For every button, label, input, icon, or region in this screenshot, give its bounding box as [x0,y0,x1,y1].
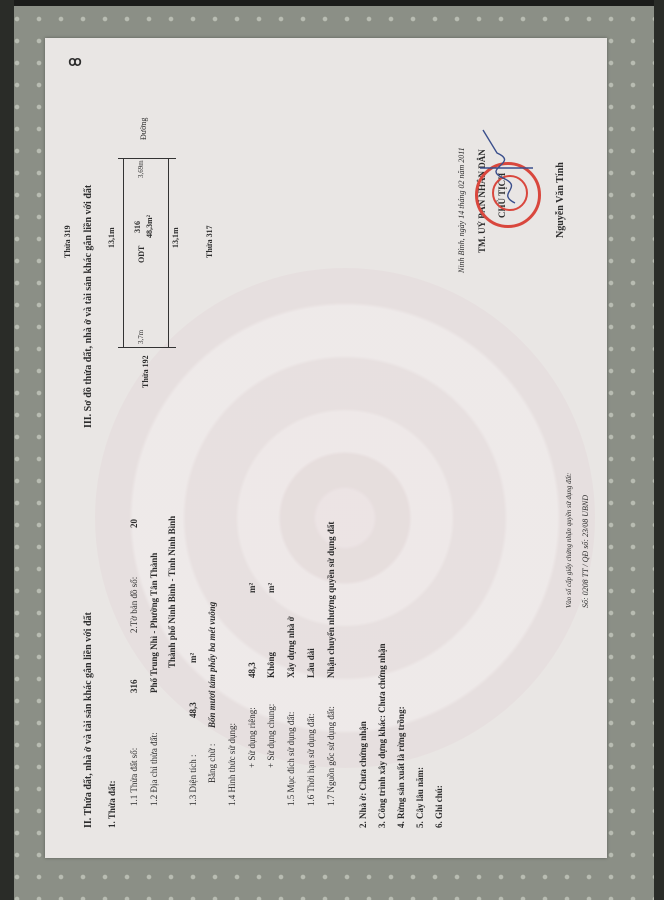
map-parcel-area: 48,3m² [145,215,154,238]
map-width-road: 3,69m [137,160,145,178]
purpose-value: Xây dựng nhà ở [286,616,296,678]
house-section: 2. Nhà ở: Chưa chứng nhận [358,721,368,828]
area-label: 1.3 Diện tích : [188,755,198,807]
address-value-line2: Thành phố Ninh Bình - Tỉnh Ninh Bình [167,516,177,668]
section-3-title: III. Sơ đồ thửa đất, nhà ở và tài sản kh… [83,185,94,428]
map-neighbor-west: Thửa 192 [141,355,150,388]
origin-label: 1.7 Nguồn gốc sử dụng đất: [326,706,336,806]
parcel-number-value: 316 [129,680,139,694]
map-length-bottom: 13,1m [171,227,180,248]
notes-section: 6. Ghi chú: [434,785,444,828]
area-unit: m² [188,653,198,663]
shared-use-label: + Sử dụng chung: [266,704,276,768]
term-label: 1.6 Thời hạn sử dụng đất: [306,714,316,806]
top-border [0,0,664,6]
left-edge [0,0,14,900]
signing-date: Ninh Bình, ngày 14 tháng 02 năm 2011 [457,147,466,273]
address-label: 1.2 Địa chỉ thửa đất: [149,732,159,806]
private-use-unit: m² [247,583,257,593]
perennial-section: 5. Cây lâu năm: [415,767,425,828]
map-parcel-code: ODT [137,246,146,263]
parcel-number-label: 1.1 Thửa đất số: [129,748,139,806]
private-use-label: + Sử dụng riêng: [247,707,257,768]
map-sheet-label: 2.Tờ bản đồ số: [129,577,139,633]
registry-number: Số: 0208 TT / QĐ số: 23/08 UBND [581,495,590,608]
area-value: 48,3 [188,702,198,718]
area-words-label: Bằng chữ : [207,744,217,783]
land-parcel-heading: 1. Thửa đất: [107,781,117,829]
map-road-label: Đường [139,118,148,140]
signer-name: Nguyễn Văn Tính [555,162,566,238]
section-2-title: II. Thửa đất, nhà ở và tài sản khác gắn … [83,612,94,828]
map-length-top: 13,1m [107,227,116,248]
forest-section: 4. Rừng sản xuất là rừng trồng: [396,706,406,828]
other-construction-section: 3. Công trình xây dựng khác: Chưa chứng … [377,644,387,829]
usage-form-label: 1.4 Hình thức sử dụng: [227,723,237,806]
private-use-value: 48,3 [247,662,257,678]
shared-use-value: Không [266,652,276,678]
address-value: Phố Trung Nhì - Phường Tân Thành [149,553,159,693]
registry-note: Vào sổ cấp giấy chứng nhận quyền sử dụng… [565,473,573,608]
parcel-diagram [123,158,169,348]
map-neighbor-north: Thửa 319 [63,225,72,258]
map-parcel-number: 316 [133,221,142,233]
term-value: Lâu dài [306,648,316,678]
purpose-label: 1.5 Mục đích sử dụng đất: [286,712,296,806]
origin-value: Nhận chuyển nhượng quyền sử dụng đất [326,522,336,678]
map-neighbor-south: Thửa 317 [205,225,214,258]
shared-use-unit: m² [266,583,276,593]
land-certificate-page: II. Thửa đất, nhà ở và tài sản khác gắn … [45,38,607,858]
map-width-back: 3,7m [137,330,145,344]
right-edge [654,0,664,900]
area-words-value: Bốn mươi tám phẩy ba mét vuông [207,602,217,728]
signature [475,128,535,208]
map-sheet-value: 20 [129,519,139,528]
page-number-mark: ꝏ [68,53,81,69]
